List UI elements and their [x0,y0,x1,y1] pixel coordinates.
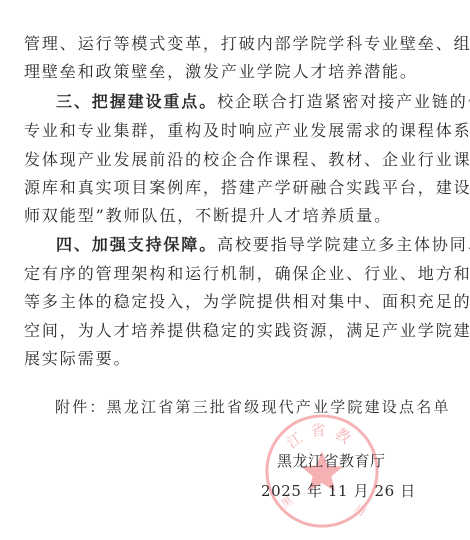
attachment-line: 附件：黑龙江省第三批省级现代产业学院建设点名单 [55,397,451,417]
paragraph-line: 管理、运行等模式变革，打破内部学院学科专业壁垒、组织管 [24,34,456,54]
section-four-heading: 四、加强支持保障。 [56,235,217,254]
paragraph-line: 定有序的管理架构和运行机制，确保企业、行业、地方和学校 [24,264,456,284]
issue-date: 2025 年 11 月 26 日 [261,481,416,501]
paragraph-line: 等多主体的稳定投入，为学院提供相对集中、面积充足的物理 [24,292,456,312]
section-three-heading: 三、把握建设重点。 [56,92,217,111]
paragraph-line: 源库和真实项目案例库，搭建产学研融合实践平台，建设“双 [24,178,456,198]
section-four-first-line: 四、加强支持保障。高校要指导学院建立多主体协同、稳 [56,235,456,255]
paragraph-line: 理壁垒和政策壁垒，激发产业学院人才培养潜能。 [24,62,456,82]
svg-text:江省教: 江省教 [284,423,360,452]
paragraph-line: 发体现产业发展前沿的校企合作课程、教材、企业行业课程资 [24,150,456,170]
paragraph-line: 专业和专业集群，重构及时响应产业发展需求的课程体系，开 [24,121,456,141]
section-three-first-line-text: 校企联合打造紧密对接产业链的优势 [217,92,470,111]
paragraph-line: 展实际需要。 [24,349,456,369]
seal-arc-text: 江省教 [284,423,360,452]
paragraph-line: 空间，为人才培养提供稳定的实践资源，满足产业学院建设发 [24,321,456,341]
section-three-first-line: 三、把握建设重点。校企联合打造紧密对接产业链的优势 [56,92,456,112]
svg-text:用: 用 [352,502,368,519]
section-four-first-line-text: 高校要指导学院建立多主体协同、稳 [217,235,470,254]
document-page: 管理、运行等模式变革，打破内部学院学科专业壁垒、组织管 理壁垒和政策壁垒，激发产… [0,0,470,540]
paragraph-line: 师双能型”教师队伍，不断提升人才培养质量。 [24,206,456,226]
issuer-signature: 黑龙江省教育厅 [277,451,386,471]
official-seal-icon: 江省教 黑 用 [263,412,381,530]
